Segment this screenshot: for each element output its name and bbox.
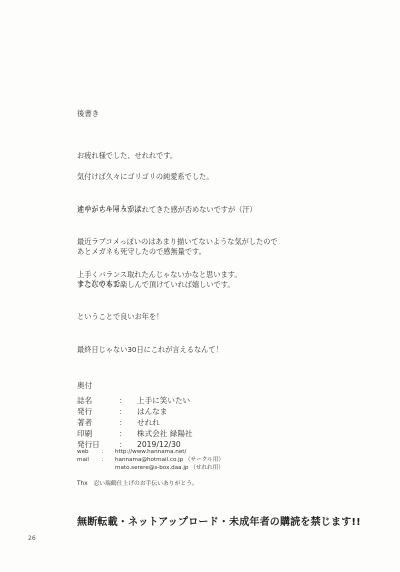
contact-info: web ： http://www.hannama.net/ mail ： han… [77,448,224,472]
page-number: 26 [28,535,36,542]
row-value: せれれ [137,417,160,428]
mail-address: hannama@hotmail.co.jp （サークル用） [115,456,224,464]
contact-mail: mail ： hannama@hotmail.co.jp （サークル用） [77,456,224,464]
row-sep [101,464,115,472]
row-key: 印刷 [77,428,119,439]
colophon: 奥付 誌名 ： 上手に笑いたい 発行 ： はんなま 著者 ： せれれ 印刷 ： … [77,380,193,450]
row-key: web [77,448,101,456]
row-sep: ： [101,456,115,464]
contact-mail-2: mato.serere@s-box.daa.jp （せれれ用） [77,464,224,472]
colophon-title: 奥付 [77,380,193,391]
text-line: また次の本で。 [77,278,223,289]
afterword-title: 後書き [77,108,99,119]
row-key: mail [77,456,101,464]
text-line: オリジナル同人では [77,203,278,214]
row-sep: ： [101,448,115,456]
row-sep: ： [119,395,137,406]
copyright-warning: 無断転載・ネットアップロード・未成年者の購読を禁じます!! [77,513,361,528]
row-key [77,464,101,472]
colophon-row-printer: 印刷 ： 株式会社 緑陽社 [77,428,193,439]
colophon-row-author: 著者 ： せれれ [77,417,193,428]
row-key: 著者 [77,417,119,428]
colophon-row-title: 誌名 ： 上手に笑いたい [77,395,193,406]
text-line: ということで良いお年を！ [77,311,223,322]
contact-web: web ： http://www.hannama.net/ [77,448,224,456]
row-key: 誌名 [77,395,119,406]
thanks-note: Thx 忍い瑞鶴仕上げのお手伝いありがとう。 [77,478,198,487]
book-page: 後書き お疲れ様でした、せれれです。 気付けば久々にゴリゴリの純愛系でした。 途… [0,0,400,572]
mail-address: mato.serere@s-box.daa.jp （せれれ用） [115,464,224,472]
web-url: http://www.hannama.net/ [115,448,186,456]
row-sep: ： [119,406,137,417]
colophon-row-publisher: 発行 ： はんなま [77,406,193,417]
row-sep: ： [119,428,137,439]
row-value: 株式会社 緑陽社 [137,428,193,439]
row-sep: ： [119,417,137,428]
row-value: 上手に笑いたい [137,395,190,406]
row-key: 発行 [77,406,119,417]
text-line: 最終日じゃない30日にこれが言えるなんて！ [77,344,223,355]
afterword-paragraph-5: また次の本で。 ということで良いお年を！ 最終日じゃない30日にこれが言えるなん… [77,256,223,377]
row-value: はんなま [137,406,167,417]
